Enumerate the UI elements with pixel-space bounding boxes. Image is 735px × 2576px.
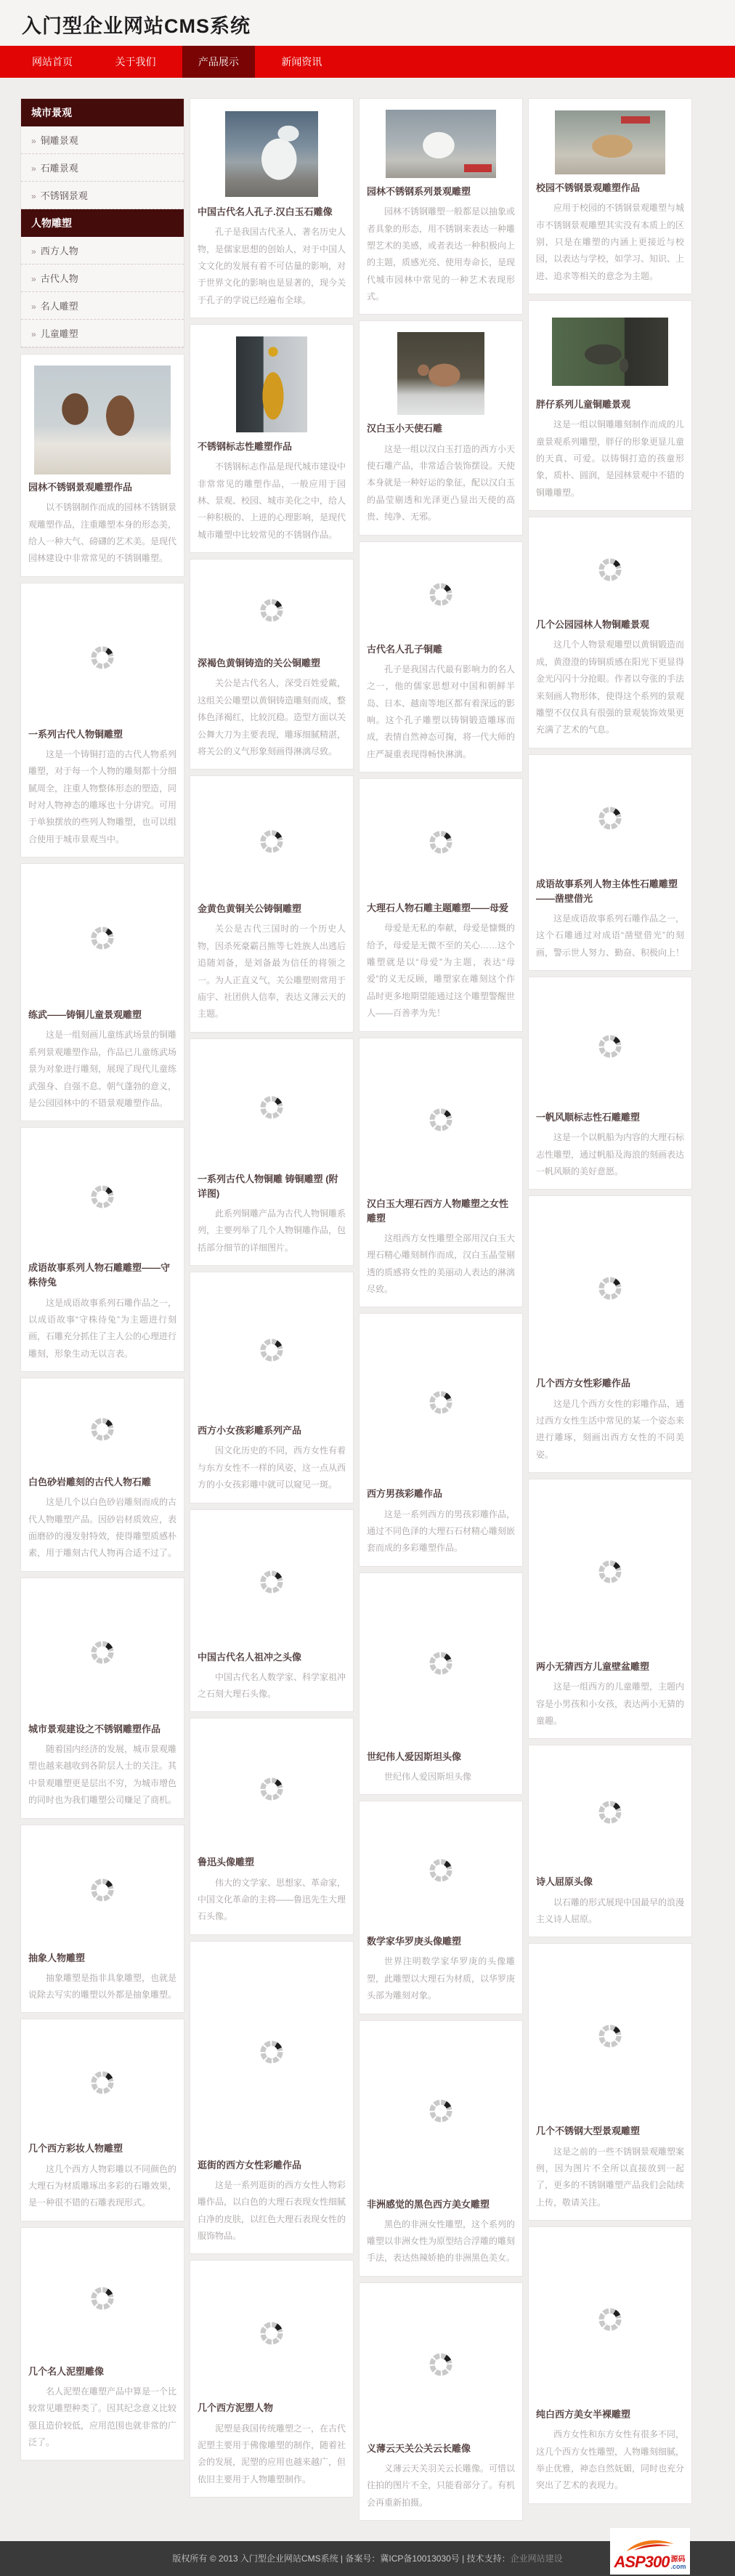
sidebar-item-bronze-landscape[interactable]: »铜雕景观 bbox=[21, 126, 184, 154]
product-image[interactable] bbox=[536, 1488, 684, 1655]
product-image[interactable] bbox=[28, 1834, 176, 1947]
product-description: 这是成语故事系列石雕作品之一，以成语故事“守株待兔”为主题进行刻画，石雕充分抓住… bbox=[28, 1295, 176, 1363]
product-image[interactable] bbox=[536, 1754, 684, 1870]
loading-spinner-icon bbox=[428, 1857, 454, 1883]
product-card: 几个西方女性彩雕作品 这是几个西方女性的彩雕作品，通过西方女性生活中常见的某一个… bbox=[528, 1195, 692, 1473]
product-image[interactable] bbox=[198, 1519, 346, 1646]
bullet-icon: » bbox=[31, 329, 36, 339]
product-title[interactable]: 成语故事系列人物石雕雕塑——守株待兔 bbox=[28, 1261, 176, 1290]
loading-spinner-icon bbox=[259, 1569, 285, 1595]
loading-spinner-icon bbox=[428, 1389, 454, 1416]
product-card: 校园不锈钢景观雕塑作品 应用于校园的不锈钢景观雕塑与城市不锈钢景观雕塑其实没有本… bbox=[528, 98, 692, 294]
product-card: 数学家华罗庚头像雕塑 世界注明数学家华罗庚的头像雕塑，此雕塑以大理石为材质，以华… bbox=[359, 1801, 523, 2014]
product-title[interactable]: 抽象人物雕塑 bbox=[28, 1951, 176, 1966]
product-card: 鲁迅头像雕塑 伟大的文学家、思想家、革命家，中国文化革命的主将——鲁迅先生大理石… bbox=[190, 1718, 354, 1934]
product-description: 这是一个以帆船为内容的大理石标志性雕塑，通过帆船及海浪的刻画表达一帆风顺的美好意… bbox=[536, 1129, 684, 1180]
column-3: 园林不锈钢系列景观雕塑 园林不锈钢雕塑一般都是以抽象或者具象的形态，用不锈钢来表… bbox=[359, 98, 523, 2527]
product-photo bbox=[397, 332, 484, 415]
product-title[interactable]: 一帆风顺标志性石雕雕塑 bbox=[536, 1110, 684, 1125]
product-card: 不锈钢标志性雕塑作品 不锈钢标志作品是现代城市建设中非常常见的雕塑作品，一般应用… bbox=[190, 324, 354, 553]
product-description: 这是一组刻画儿童练武场景的铜雕系列景观雕塑作品，作品已儿童练武场景为对象进行雕刻… bbox=[28, 1027, 176, 1112]
product-image[interactable] bbox=[367, 551, 515, 638]
product-description: 这是一系列逛街的西方女性人物彩雕作品，以白色的大理石表现女性细腻白净的皮肤，以红… bbox=[198, 2177, 346, 2245]
sidebar-item-steel-landscape[interactable]: »不锈钢景观 bbox=[21, 182, 184, 209]
product-title[interactable]: 纯白西方美女半裸雕塑 bbox=[536, 2407, 684, 2422]
product-card: 园林不锈钢景观雕塑作品 以不锈钢制作而成的园林不锈钢景观雕塑作品，注重雕塑本身的… bbox=[20, 354, 184, 577]
product-title[interactable]: 非洲感觉的黑色西方美女雕塑 bbox=[367, 2197, 515, 2212]
loading-spinner-icon bbox=[89, 1416, 115, 1442]
sidebar-item-western-figures[interactable]: »西方人物 bbox=[21, 237, 184, 265]
sidebar-section-figures: 人物雕塑 bbox=[21, 209, 184, 237]
product-image[interactable] bbox=[28, 2028, 176, 2137]
product-card: 几个公园园林人物铜雕景观 这几个人物景观雕塑以黄铜锻造而成，黄澄澄的铸铜质感在阳… bbox=[528, 517, 692, 748]
product-image[interactable] bbox=[367, 108, 515, 180]
product-photo bbox=[225, 111, 318, 197]
product-title[interactable]: 成语故事系列人物主体性石雕雕塑——凿壁借光 bbox=[536, 877, 684, 906]
product-image[interactable] bbox=[198, 334, 346, 435]
bullet-icon: » bbox=[31, 302, 36, 312]
loading-spinner-icon bbox=[597, 1799, 623, 1825]
product-image[interactable] bbox=[198, 108, 346, 201]
product-title[interactable]: 两小无猜西方儿童壁盆雕塑 bbox=[536, 1660, 684, 1674]
product-title[interactable]: 一系列古代人物铜雕塑 bbox=[28, 727, 176, 742]
product-image[interactable] bbox=[198, 568, 346, 652]
product-card: 成语故事系列人物主体性石雕雕塑——凿壁借光 这是成语故事系列石雕作品之一，这个石… bbox=[528, 754, 692, 971]
loading-spinner-icon bbox=[597, 1559, 623, 1585]
loading-spinner-icon bbox=[259, 1776, 285, 1802]
product-card: 非洲感觉的黑色西方美女雕塑 黑色的非洲女性雕塑，这个系列的雕塑以非洲女性为原型结… bbox=[359, 2020, 523, 2277]
content-area: 城市景观 »铜雕景观 »石雕景观 »不锈钢景观 人物雕塑 »西方人物 »古代人物… bbox=[20, 98, 691, 2541]
product-title[interactable]: 城市景观建设之不锈钢雕塑作品 bbox=[28, 1722, 176, 1737]
product-card: 大理石人物石雕主题雕塑——母爱 母爱是无私的奉献，母爱是慷慨的给予，母爱是无微不… bbox=[359, 778, 523, 1031]
product-image[interactable] bbox=[367, 1323, 515, 1482]
product-description: 这组西方女性雕塑全部用汉白玉大理石精心雕刻制作而成，汉白玉晶莹剔透的质感将女性的… bbox=[367, 1230, 515, 1299]
product-card: 世纪伟人爱因斯坦头像 世纪伟人爱因斯坦头像 bbox=[359, 1572, 523, 1796]
product-photo bbox=[555, 110, 665, 174]
product-title[interactable]: 深褐色黄铜铸造的关公铜雕塑 bbox=[198, 656, 346, 671]
product-image[interactable] bbox=[28, 363, 176, 476]
bullet-icon: » bbox=[31, 191, 36, 201]
product-description: 这是几个西方女性的彩雕作品，通过西方女性生活中常见的某一个姿态来进行雕琢，刻画出… bbox=[536, 1396, 684, 1464]
product-image[interactable] bbox=[536, 764, 684, 873]
product-title[interactable]: 西方小女孩彩雕系列产品 bbox=[198, 1424, 346, 1438]
product-image[interactable] bbox=[367, 788, 515, 897]
column-2: 中国古代名人孔子.汉白玉石雕像 孔子是我国古代圣人，著名历史人物，是儒家思想的创… bbox=[190, 98, 354, 2503]
product-title[interactable]: 胖仔系列儿童铜雕景观 bbox=[536, 397, 684, 412]
product-card: 中国古代名人祖冲之头像 中国古代名人数学家、科学家祖冲之石刻大理石头像。 bbox=[190, 1509, 354, 1713]
product-card: 金黄色黄铜关公铸铜雕塑 关公是古代三国时的一个历史人物，因杀死豪霸吕熊等七姓族人… bbox=[190, 775, 354, 1032]
loading-spinner-icon bbox=[428, 2351, 454, 2378]
product-image[interactable] bbox=[536, 310, 684, 393]
loading-spinner-icon bbox=[597, 805, 623, 831]
product-image[interactable] bbox=[367, 1810, 515, 1930]
product-title[interactable]: 义薄云天关公关云长雕像 bbox=[367, 2442, 515, 2456]
loading-spinner-icon bbox=[259, 1094, 285, 1121]
product-title[interactable]: 校园不锈钢景观雕塑作品 bbox=[536, 181, 684, 195]
copyright-text: 版权所有 © 2013 入门型企业网站CMS系统 | 备案号：冀ICP备1001… bbox=[172, 2553, 510, 2564]
product-photo bbox=[386, 110, 496, 178]
product-image[interactable] bbox=[28, 1387, 176, 1471]
product-description: 这是成语故事系列石雕作品之一，这个石雕通过对成语“凿壁借光”的刻画，警示世人努力… bbox=[536, 911, 684, 961]
product-card: 诗人屈原头像 以石雕的形式展现中国最早的浪漫主义诗人屈原。 bbox=[528, 1745, 692, 1937]
product-card: 深褐色黄铜铸造的关公铜雕塑 关公是古代名人，深受百姓爱戴，这组关公雕塑以黄铜铸造… bbox=[190, 559, 354, 770]
product-title[interactable]: 大理石人物石雕主题雕塑——母爱 bbox=[367, 901, 515, 916]
support-link[interactable]: 企业网站建设 bbox=[511, 2553, 563, 2564]
sidebar-section-city: 城市景观 bbox=[21, 99, 184, 126]
loading-spinner-icon bbox=[597, 1033, 623, 1059]
product-title[interactable]: 几个名人泥塑雕像 bbox=[28, 2365, 176, 2379]
product-image[interactable] bbox=[536, 526, 684, 613]
product-card: 白色砂岩雕刻的古代人物石雕 这是几个以白色砂岩雕刻而成的古代人物雕塑产品。因砂岩… bbox=[20, 1378, 184, 1572]
sidebar-item-celebrity-sculpture[interactable]: »名人雕塑 bbox=[21, 292, 184, 320]
product-title[interactable]: 白色砂岩雕刻的古代人物石雕 bbox=[28, 1475, 176, 1490]
product-image[interactable] bbox=[367, 2292, 515, 2437]
product-title[interactable]: 鲁迅头像雕塑 bbox=[198, 1855, 346, 1870]
product-image[interactable] bbox=[198, 2269, 346, 2397]
product-title[interactable]: 几个西方女性彩雕作品 bbox=[536, 1376, 684, 1391]
product-title[interactable]: 世纪伟人爱因斯坦头像 bbox=[367, 1750, 515, 1764]
loading-spinner-icon bbox=[259, 2039, 285, 2065]
product-card: 几个西方泥塑人物 泥塑是我国传统雕塑之一，在古代泥塑主要用于佛像雕塑的制作，随着… bbox=[190, 2260, 354, 2498]
product-title[interactable]: 几个西方泥塑人物 bbox=[198, 2401, 346, 2415]
loading-spinner-icon bbox=[428, 829, 454, 855]
loading-spinner-icon bbox=[597, 2023, 623, 2049]
loading-spinner-icon bbox=[89, 2070, 115, 2096]
product-card: 两小无猜西方儿童壁盆雕塑 这是一组西方的儿童雕塑，主题内容是小男孩和小女孩，表达… bbox=[528, 1479, 692, 1739]
product-photo bbox=[236, 336, 307, 432]
bullet-icon: » bbox=[31, 246, 36, 257]
loading-spinner-icon bbox=[597, 557, 623, 583]
product-image[interactable] bbox=[28, 592, 176, 723]
loading-spinner-icon bbox=[259, 2320, 285, 2346]
product-description: 母爱是无私的奉献，母爱是慷慨的给予，母爱是无微不至的关心……这个雕塑就是以“母爱… bbox=[367, 920, 515, 1022]
product-description: 关公是古代三国时的一个历史人物，因杀死豪霸吕熊等七姓族人出逃后追随刘备，是刘备最… bbox=[198, 921, 346, 1022]
product-title[interactable]: 中国古代名人孔子.汉白玉石雕像 bbox=[198, 205, 346, 219]
product-description: 以石雕的形式展现中国最早的浪漫主义诗人屈原。 bbox=[536, 1894, 684, 1929]
product-description: 这是一组西方的儿童雕塑，主题内容是小男孩和小女孩，表达两小无猜的童趣。 bbox=[536, 1679, 684, 1729]
product-image[interactable] bbox=[536, 1953, 684, 2120]
column-4: 校园不锈钢景观雕塑作品 应用于校园的不锈钢景观雕塑与城市不锈钢景观雕塑其实没有本… bbox=[528, 98, 692, 2510]
product-title[interactable]: 数学家华罗庚头像雕塑 bbox=[367, 1934, 515, 1949]
product-description: 应用于校园的不锈钢景观雕塑与城市不锈钢景观雕塑其实没有本质上的区别，只是在雕塑的… bbox=[536, 200, 684, 285]
product-title[interactable]: 园林不锈钢系列景观雕塑 bbox=[367, 185, 515, 199]
product-title[interactable]: 汉白玉小天使石雕 bbox=[367, 421, 515, 436]
product-description: 中国古代名人数学家、科学家祖冲之石刻大理石头像。 bbox=[198, 1669, 346, 1703]
product-description: 这是一组以铜雕雕刻制作而成的儿童景观系列雕塑，胖仔的形象更显儿童的天真、可爱。以… bbox=[536, 416, 684, 501]
loading-spinner-icon bbox=[259, 1337, 285, 1363]
asp300-logo[interactable]: ASP300 源码 .com bbox=[610, 2528, 690, 2575]
product-image[interactable] bbox=[198, 1727, 346, 1851]
loading-spinner-icon bbox=[89, 1639, 115, 1665]
loading-spinner-icon bbox=[89, 1877, 115, 1903]
product-card: 一系列古代人物铜雕 铸铜雕塑 (附详图) 此系列铜雕产品为古代人物铜雕系列，主要… bbox=[190, 1038, 354, 1266]
product-image[interactable] bbox=[536, 1205, 684, 1372]
product-image[interactable] bbox=[367, 330, 515, 417]
bullet-icon: » bbox=[31, 136, 36, 146]
product-title[interactable]: 几个公园园林人物铜雕景观 bbox=[536, 618, 684, 632]
product-description: 抽象雕塑是指非具象雕塑，也就是说除去写实的雕塑以外都是抽象雕塑。 bbox=[28, 1970, 176, 2004]
product-card: 练武——铸铜儿童景观雕塑 这是一组刻画儿童练武场景的铜雕系列景观雕塑作品，作品已… bbox=[20, 863, 184, 1121]
product-photo bbox=[34, 366, 171, 475]
product-description: 名人泥塑在雕塑产品中算是一个比较常见雕塑种类了。因其纪念意义比较强且造价较低，应… bbox=[28, 2383, 176, 2452]
nav-item-news[interactable]: 新闻资讯 bbox=[265, 46, 338, 78]
product-description: 这几个西方人物彩雕以不同颜色的大理石为材质雕琢出多彩的石雕效果，是一种很不错的石… bbox=[28, 2161, 176, 2212]
product-description: 这是之前的一些不锈钢景观雕塑案例，因为图片不全所以直接放到一起了，更多的不锈钢雕… bbox=[536, 2144, 684, 2212]
product-title[interactable]: 金黄色黄铜关公铸铜雕塑 bbox=[198, 902, 346, 916]
bullet-icon: » bbox=[31, 163, 36, 174]
loading-spinner-icon bbox=[89, 2285, 115, 2311]
product-card: 义薄云天关公关云长雕像 义薄云天关羽关云长雕像。可惜以往拍的图片不全，只能看部分… bbox=[359, 2282, 523, 2521]
product-card: 逛街的西方女性彩雕作品 这是一系列逛街的西方女性人物彩雕作品，以白色的大理石表现… bbox=[190, 1941, 354, 2255]
product-description: 此系列铜雕产品为古代人物铜雕系列，主要列举了几个人物铜雕作品，包括部分细节的详细… bbox=[198, 1206, 346, 1256]
product-description: 西方女性和东方女性有很多不同，这几个西方女性雕塑，人物雕刻细腻，举止优雅，神态自… bbox=[536, 2426, 684, 2495]
loading-spinner-icon bbox=[428, 1650, 454, 1676]
product-card: 几个名人泥塑雕像 名人泥塑在雕塑产品中算是一个比较常见雕塑种类了。因其纪念意义比… bbox=[20, 2227, 184, 2461]
product-card: 几个西方彩妆人物雕塑 这几个西方人物彩雕以不同颜色的大理石为材质雕琢出多彩的石雕… bbox=[20, 2019, 184, 2221]
product-description: 因文化历史的不同，西方女性有着与东方女性不一样的风姿，这一点从西方的小女孩彩雕中… bbox=[198, 1442, 346, 1493]
product-description: 泥塑是我国传统雕塑之一，在古代泥塑主要用于佛像雕塑的制作，随着社会的发展，泥塑的… bbox=[198, 2420, 346, 2489]
product-card: 中国古代名人孔子.汉白玉石雕像 孔子是我国古代圣人，著名历史人物，是儒家思想的创… bbox=[190, 98, 354, 318]
loading-spinner-icon bbox=[597, 1275, 623, 1301]
main-nav: 网站首页 关于我们 产品展示 新闻资讯 bbox=[0, 46, 735, 78]
nav-item-about[interactable]: 关于我们 bbox=[99, 46, 171, 78]
product-image[interactable] bbox=[367, 2030, 515, 2193]
product-description: 这是一系列西方的男孩彩雕作品，通过不同色泽的大理石石材精心雕刻嵌套而成的多彩雕塑… bbox=[367, 1506, 515, 1557]
product-title[interactable]: 中国古代名人祖冲之头像 bbox=[198, 1650, 346, 1665]
bullet-icon: » bbox=[31, 274, 36, 284]
product-image[interactable] bbox=[367, 1582, 515, 1745]
product-description: 黑色的非洲女性雕塑，这个系列的雕塑以非洲女性为原型结合浮雕的雕刻手法，表达热辣娇… bbox=[367, 2216, 515, 2267]
product-image[interactable] bbox=[367, 1047, 515, 1192]
product-title[interactable]: 练武——铸铜儿童景观雕塑 bbox=[28, 1008, 176, 1022]
product-image[interactable] bbox=[28, 1136, 176, 1256]
column-1: 城市景观 »铜雕景观 »石雕景观 »不锈钢景观 人物雕塑 »西方人物 »古代人物… bbox=[20, 98, 184, 2466]
nav-item-products[interactable]: 产品展示 bbox=[182, 46, 255, 78]
product-image[interactable] bbox=[198, 1048, 346, 1168]
product-description: 关公是古代名人，深受百姓爱戴，这组关公雕塑以黄铜铸造雕刻而成，整体色泽褐红，比较… bbox=[198, 675, 346, 760]
product-card: 城市景观建设之不锈钢雕塑作品 随着国内经济的发展，城市景观雕塑也越来越收到各阶层… bbox=[20, 1578, 184, 1819]
product-description: 以不锈钢制作而成的园林不锈钢景观雕塑作品，注重雕塑本身的形态美，给人一种大气、磅… bbox=[28, 499, 176, 568]
product-photo bbox=[552, 318, 668, 386]
flame-icon bbox=[623, 2537, 677, 2554]
product-title[interactable]: 园林不锈钢景观雕塑作品 bbox=[28, 480, 176, 495]
product-title[interactable]: 汉白玉大理石西方人物雕塑之女性雕塑 bbox=[367, 1197, 515, 1226]
product-title[interactable]: 诗人屈原头像 bbox=[536, 1875, 684, 1889]
page-title: 入门型企业网站CMS系统 bbox=[22, 10, 735, 39]
product-card: 汉白玉大理石西方人物雕塑之女性雕塑 这组西方女性雕塑全部用汉白玉大理石精心雕刻制… bbox=[359, 1038, 523, 1308]
product-card: 一帆风顺标志性石雕雕塑 这是一个以帆船为内容的大理石标志性雕塑，通过帆船及海浪的… bbox=[528, 977, 692, 1190]
product-image[interactable] bbox=[28, 873, 176, 1004]
product-card: 纯白西方美女半裸雕塑 西方女性和东方女性有很多不同，这几个西方女性雕塑，人物雕刻… bbox=[528, 2226, 692, 2504]
product-card: 几个不锈钢大型景观雕塑 这是之前的一些不锈钢景观雕塑案例，因为图片不全所以直接放… bbox=[528, 1943, 692, 2221]
loading-spinner-icon bbox=[428, 2098, 454, 2124]
product-description: 这几个人物景观雕塑以黄铜锻造而成，黄澄澄的铸铜质感在阳光下更显得金光闪闪十分抢眼… bbox=[536, 637, 684, 738]
product-image[interactable] bbox=[198, 1281, 346, 1419]
product-title[interactable]: 不锈钢标志性雕塑作品 bbox=[198, 440, 346, 454]
sidebar-item-stone-landscape[interactable]: »石雕景观 bbox=[21, 154, 184, 182]
sidebar-item-children-sculpture[interactable]: »儿童雕塑 bbox=[21, 320, 184, 347]
loading-spinner-icon bbox=[89, 645, 115, 671]
product-image[interactable] bbox=[28, 1587, 176, 1718]
product-description: 这是几个以白色砂岩雕刻而成的古代人物雕塑产品。因砂岩材质效应，表面磨砂的漫发射特… bbox=[28, 1494, 176, 1562]
product-description: 世界注明数学家华罗庚的头像雕塑，此雕塑以大理石为材质，以华罗庚头部为雕刻对象。 bbox=[367, 1953, 515, 2004]
product-description: 义薄云天关羽关云长雕像。可惜以往拍的图片不全，只能看部分了。有机会再重新拍摄。 bbox=[367, 2460, 515, 2511]
footer: 版权所有 © 2013 入门型企业网站CMS系统 | 备案号：冀ICP备1001… bbox=[0, 2541, 735, 2576]
product-card: 一系列古代人物铜雕塑 这是一个铸铜打造的古代人物系列雕塑，对于每一个人物的雕刻都… bbox=[20, 583, 184, 857]
product-image[interactable] bbox=[536, 986, 684, 1106]
loading-spinner-icon bbox=[259, 597, 285, 623]
product-description: 这是一组以汉白玉打造的西方小天使石雕产品，非常适合装饰摆设。天使本身就是一种好运… bbox=[367, 441, 515, 526]
product-image[interactable] bbox=[198, 785, 346, 897]
loading-spinner-icon bbox=[597, 2306, 623, 2333]
logo-text: ASP300 bbox=[614, 2554, 670, 2570]
product-title[interactable]: 几个西方彩妆人物雕塑 bbox=[28, 2141, 176, 2156]
product-image[interactable] bbox=[28, 2237, 176, 2360]
product-description: 世纪伟人爱因斯坦头像 bbox=[367, 1769, 515, 1785]
product-title[interactable]: 逛街的西方女性彩雕作品 bbox=[198, 2158, 346, 2173]
product-card: 园林不锈钢系列景观雕塑 园林不锈钢雕塑一般都是以抽象或者具象的形态，用不锈钢来表… bbox=[359, 98, 523, 315]
product-title[interactable]: 西方男孩彩雕作品 bbox=[367, 1487, 515, 1501]
site-header: 入门型企业网站CMS系统 bbox=[0, 0, 735, 46]
product-image[interactable] bbox=[536, 108, 684, 177]
product-card: 胖仔系列儿童铜雕景观 这是一组以铜雕雕刻制作而成的儿童景观系列雕塑，胖仔的形象更… bbox=[528, 300, 692, 511]
sidebar-menu: 城市景观 »铜雕景观 »石雕景观 »不锈钢景观 人物雕塑 »西方人物 »古代人物… bbox=[20, 98, 184, 348]
product-description: 孔子是我国古代最有影响力的名人之一，他的儒家思想对中国和朝鲜半岛、日本、越南等地… bbox=[367, 661, 515, 763]
product-image[interactable] bbox=[536, 2236, 684, 2403]
product-image[interactable] bbox=[198, 1950, 346, 2154]
product-card: 成语故事系列人物石雕雕塑——守株待兔 这是成语故事系列石雕作品之一，以成语故事“… bbox=[20, 1127, 184, 1372]
product-card: 西方小女孩彩雕系列产品 因文化历史的不同，西方女性有着与东方女性不一样的风姿，这… bbox=[190, 1272, 354, 1503]
nav-item-home[interactable]: 网站首页 bbox=[16, 46, 89, 78]
product-card: 汉白玉小天使石雕 这是一组以汉白玉打造的西方小天使石雕产品，非常适合装饰摆设。天… bbox=[359, 320, 523, 535]
product-description: 这是一个铸铜打造的古代人物系列雕塑，对于每一个人物的雕刻都十分细腻周全，注重人物… bbox=[28, 746, 176, 848]
sidebar-item-ancient-figures[interactable]: »古代人物 bbox=[21, 265, 184, 292]
logo-domain: .com bbox=[670, 2564, 686, 2570]
product-description: 随着国内经济的发展，城市景观雕塑也越来越收到各阶层人士的关注。其中景观雕塑更是层… bbox=[28, 1741, 176, 1809]
product-title[interactable]: 一系列古代人物铜雕 铸铜雕塑 (附详图) bbox=[198, 1172, 346, 1201]
product-title[interactable]: 古代名人孔子铜雕 bbox=[367, 642, 515, 657]
loading-spinner-icon bbox=[89, 925, 115, 951]
product-card: 抽象人物雕塑 抽象雕塑是指非具象雕塑，也就是说除去写实的雕塑以外都是抽象雕塑。 bbox=[20, 1825, 184, 2014]
product-title[interactable]: 几个不锈钢大型景观雕塑 bbox=[536, 2124, 684, 2139]
product-description: 园林不锈钢雕塑一般都是以抽象或者具象的形态，用不锈钢来表达一种雕塑艺术的美感，或… bbox=[367, 203, 515, 305]
product-description: 孔子是我国古代圣人，著名历史人物，是儒家思想的创始人，对于中国人文文化的发展有着… bbox=[198, 224, 346, 309]
product-description: 不锈钢标志作品是现代城市建设中非常常见的雕塑作品，一般应用于园林、景观、校园、城… bbox=[198, 459, 346, 544]
loading-spinner-icon bbox=[89, 1184, 115, 1210]
product-card: 古代名人孔子铜雕 孔子是我国古代最有影响力的名人之一，他的儒家思想对中国和朝鲜半… bbox=[359, 541, 523, 772]
product-description: 伟大的文学家、思想家、革命家，中国文化革命的主将——鲁迅先生大理石头像。 bbox=[198, 1875, 346, 1926]
loading-spinner-icon bbox=[428, 1107, 454, 1133]
loading-spinner-icon bbox=[428, 581, 454, 607]
loading-spinner-icon bbox=[259, 828, 285, 855]
product-card: 西方男孩彩雕作品 这是一系列西方的男孩彩雕作品，通过不同色泽的大理石石材精心雕刻… bbox=[359, 1313, 523, 1566]
